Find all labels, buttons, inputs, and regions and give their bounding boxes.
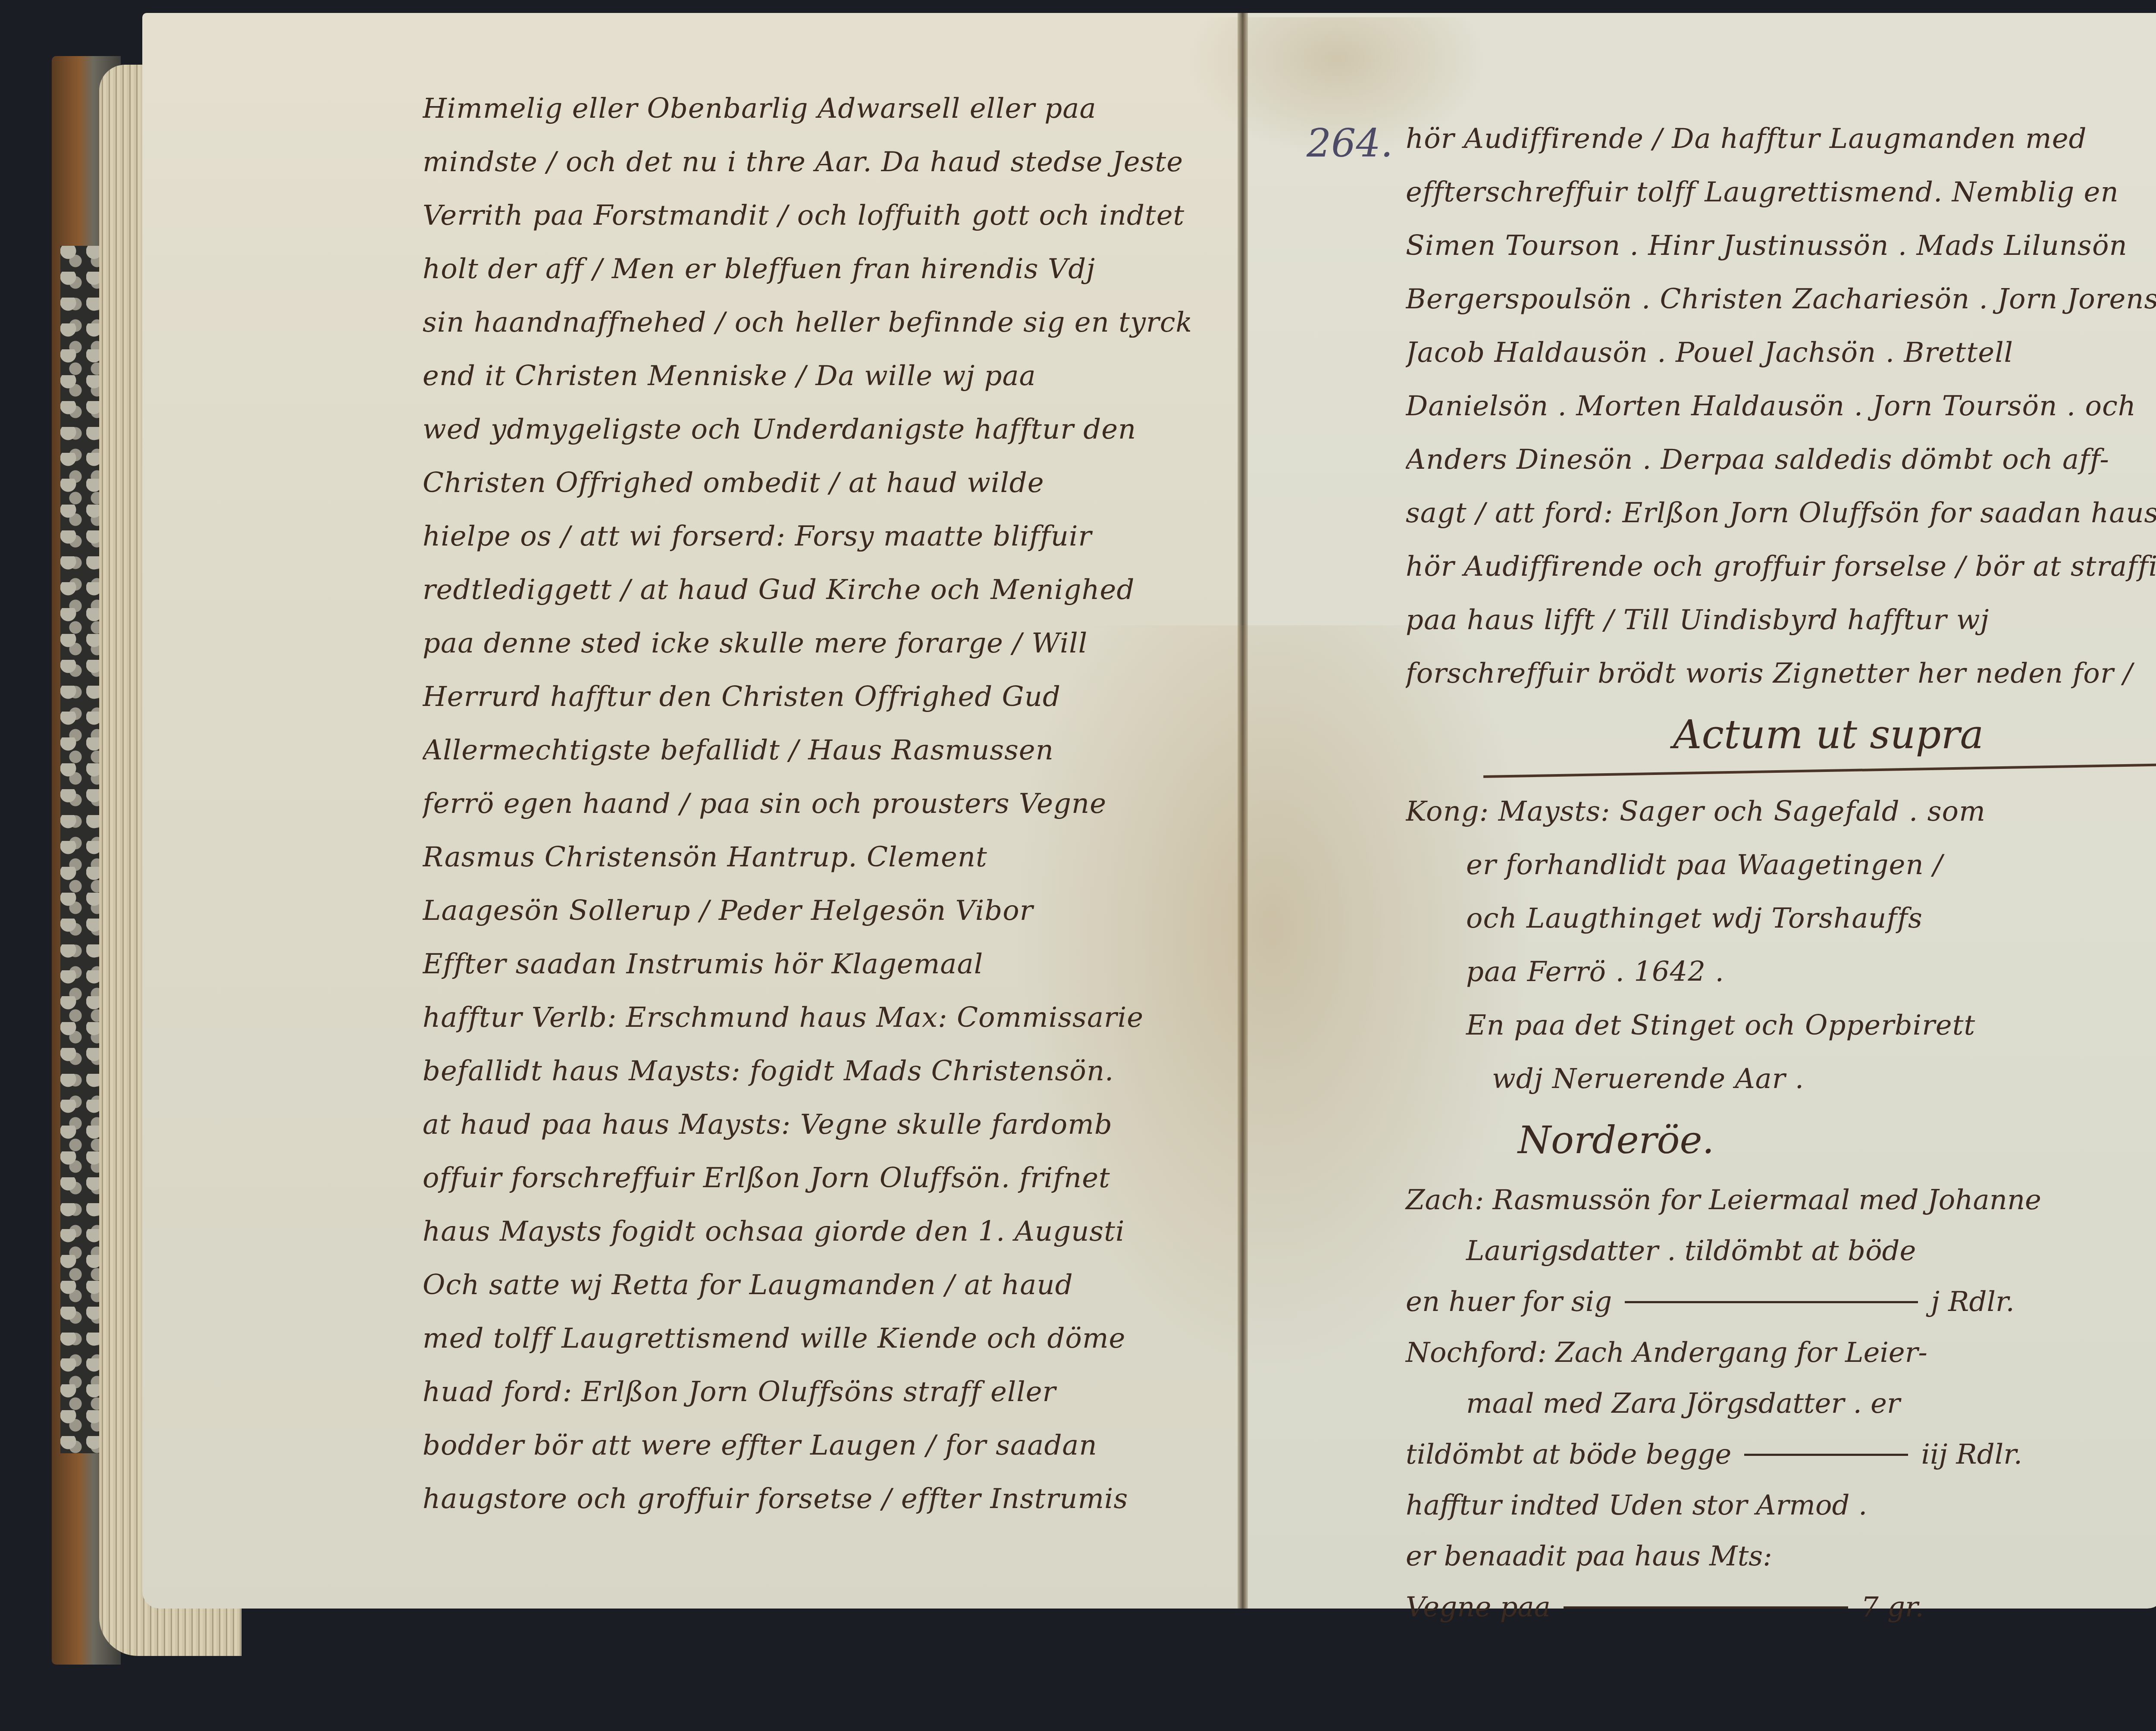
ledger-dash bbox=[1564, 1606, 1848, 1609]
manuscript-line: Danielsön . Morten Haldausön . Jorn Tour… bbox=[1406, 379, 2156, 433]
manuscript-line: haugstore och groffuir forsetse / effter… bbox=[423, 1472, 1190, 1526]
manuscript-line: forschreffuir brödt woris Zignetter her … bbox=[1406, 647, 2156, 700]
entry-line: er benaadit paa haus Mts: bbox=[1406, 1531, 2156, 1582]
manuscript-line: Simen Tourson . Hinr Justinussön . Mads … bbox=[1406, 219, 2156, 273]
closing-formula: Actum ut supra bbox=[1406, 700, 2156, 769]
section-title-line: er forhandlidt paa Waagetingen / bbox=[1406, 838, 2156, 892]
manuscript-line: Anders Dinesön . Derpaa saldedis dömbt o… bbox=[1406, 433, 2156, 486]
district-heading: Norderöe. bbox=[1406, 1106, 2156, 1175]
section-title-line: och Laugthinget wdj Torshauffs bbox=[1406, 892, 2156, 945]
manuscript-line: med tolff Laugrettismend wille Kiende oc… bbox=[423, 1312, 1190, 1365]
manuscript-line: Christen Offrighed ombedit / at haud wil… bbox=[423, 456, 1190, 510]
manuscript-line: ferrö egen haand / paa sin och prousters… bbox=[423, 777, 1190, 831]
manuscript-line: hielpe os / att wi forserd: Forsy maatte… bbox=[423, 510, 1190, 563]
manuscript-line: Himmelig eller Obenbarlig Adwarsell elle… bbox=[423, 82, 1190, 135]
fine-amount: iij Rdlr. bbox=[1921, 1429, 2022, 1480]
manuscript-line: hör Audiffirende och groffuir forselse /… bbox=[1406, 540, 2156, 593]
section-title-line: wdj Neruerende Aar . bbox=[1406, 1052, 2156, 1106]
manuscript-line: mindste / och det nu i thre Aar. Da haud… bbox=[423, 135, 1190, 189]
manuscript-line: Jacob Haldausön . Pouel Jachsön . Brette… bbox=[1406, 326, 2156, 379]
manuscript-line: befallidt haus Maysts: fogidt Mads Chris… bbox=[423, 1044, 1190, 1098]
entry-line: Laurigsdatter . tildömbt at böde bbox=[1406, 1226, 2156, 1276]
manuscript-line: Bergerspoulsön . Christen Zachariesön . … bbox=[1406, 273, 2156, 326]
manuscript-line: Herrurd hafftur den Christen Offrighed G… bbox=[423, 670, 1190, 724]
entry-line: Nochford: Zach Andergang for Leier- bbox=[1406, 1327, 2156, 1378]
manuscript-line: sin haandnaffnehed / och heller befinnde… bbox=[423, 296, 1190, 349]
ledger-dash bbox=[1744, 1454, 1908, 1456]
manuscript-line: huad ford: Erlßon Jorn Oluffsöns straff … bbox=[423, 1365, 1190, 1419]
manuscript-line: hafftur Verlb: Erschmund haus Max: Commi… bbox=[423, 991, 1190, 1044]
manuscript-line: haus Maysts fogidt ochsaa giorde den 1. … bbox=[423, 1205, 1190, 1258]
manuscript-line: at haud paa haus Maysts: Vegne skulle fa… bbox=[423, 1098, 1190, 1151]
fine-amount: 7 gr. bbox=[1861, 1582, 1924, 1633]
manuscript-line: redtlediggett / at haud Gud Kirche och M… bbox=[423, 563, 1190, 617]
book-gutter bbox=[1238, 13, 1248, 1609]
fine-entry: hafftur indted Uden stor Armod . er bena… bbox=[1406, 1480, 2156, 1633]
manuscript-line: sagt / att ford: Erlßon Jorn Oluffsön fo… bbox=[1406, 486, 2156, 540]
manuscript-line: Allermechtigste befallidt / Haus Rasmuss… bbox=[423, 724, 1190, 777]
manuscript-line: holt der aff / Men er bleffuen fran hire… bbox=[423, 242, 1190, 296]
manuscript-line: Effter saadan Instrumis hör Klagemaal bbox=[423, 938, 1190, 991]
manuscript-line: paa haus lifft / Till Uindisbyrd hafftur… bbox=[1406, 593, 2156, 647]
section-title-line: Kong: Maysts: Sager och Sagefald . som bbox=[1406, 785, 2156, 838]
entry-line: en huer for sig bbox=[1406, 1276, 1612, 1327]
entry-line: Zach: Rasmussön for Leiermaal med Johann… bbox=[1406, 1175, 2156, 1226]
entry-amount-row: en huer for sig j Rdlr. bbox=[1406, 1276, 2156, 1327]
manuscript-line: wed ydmygeligste och Underdanigste hafft… bbox=[423, 403, 1190, 456]
manuscript-line: Rasmus Christensön Hantrup. Clement bbox=[423, 831, 1190, 884]
fine-amount: j Rdlr. bbox=[1931, 1276, 2015, 1327]
manuscript-line: Laagesön Sollerup / Peder Helgesön Vibor bbox=[423, 884, 1190, 938]
manuscript-line: Och satte wj Retta for Laugmanden / at h… bbox=[423, 1258, 1190, 1312]
manuscript-line: paa denne sted icke skulle mere forarge … bbox=[423, 617, 1190, 670]
fine-entry: Zach: Rasmussön for Leiermaal med Johann… bbox=[1406, 1175, 2156, 1327]
manuscript-line: offuir forschreffuir Erlßon Jorn Oluffsö… bbox=[423, 1151, 1190, 1205]
manuscript-line: effterschreffuir tolff Laugrettismend. N… bbox=[1406, 166, 2156, 219]
section-title-line: En paa det Stinget och Opperbirett bbox=[1406, 999, 2156, 1052]
folio-number: 264. bbox=[1307, 121, 1393, 166]
entry-line: Vegne paa bbox=[1406, 1582, 1551, 1633]
ledger-dash bbox=[1625, 1301, 1918, 1303]
section-title-line: paa Ferrö . 1642 . bbox=[1406, 945, 2156, 999]
left-page-text: Himmelig eller Obenbarlig Adwarsell elle… bbox=[423, 82, 1190, 1526]
fine-entry: Nochford: Zach Andergang for Leier- maal… bbox=[1406, 1327, 2156, 1480]
manuscript-line: end it Christen Menniske / Da wille wj p… bbox=[423, 349, 1190, 403]
entry-amount-row: tildömbt at böde begge iij Rdlr. bbox=[1406, 1429, 2156, 1480]
entry-line: maal med Zara Jörgsdatter . er bbox=[1406, 1378, 2156, 1429]
entry-line: hafftur indted Uden stor Armod . bbox=[1406, 1480, 2156, 1531]
manuscript-line: bodder bör att were effter Laugen / for … bbox=[423, 1419, 1190, 1472]
manuscript-line: Verrith paa Forstmandit / och loffuith g… bbox=[423, 189, 1190, 242]
entry-line: tildömbt at böde begge bbox=[1406, 1429, 1731, 1480]
right-page-text: hör Audiffirende / Da hafftur Laugmanden… bbox=[1406, 112, 2156, 1633]
manuscript-line: hör Audiffirende / Da hafftur Laugmanden… bbox=[1406, 112, 2156, 166]
entry-amount-row: Vegne paa 7 gr. bbox=[1406, 1582, 2156, 1633]
